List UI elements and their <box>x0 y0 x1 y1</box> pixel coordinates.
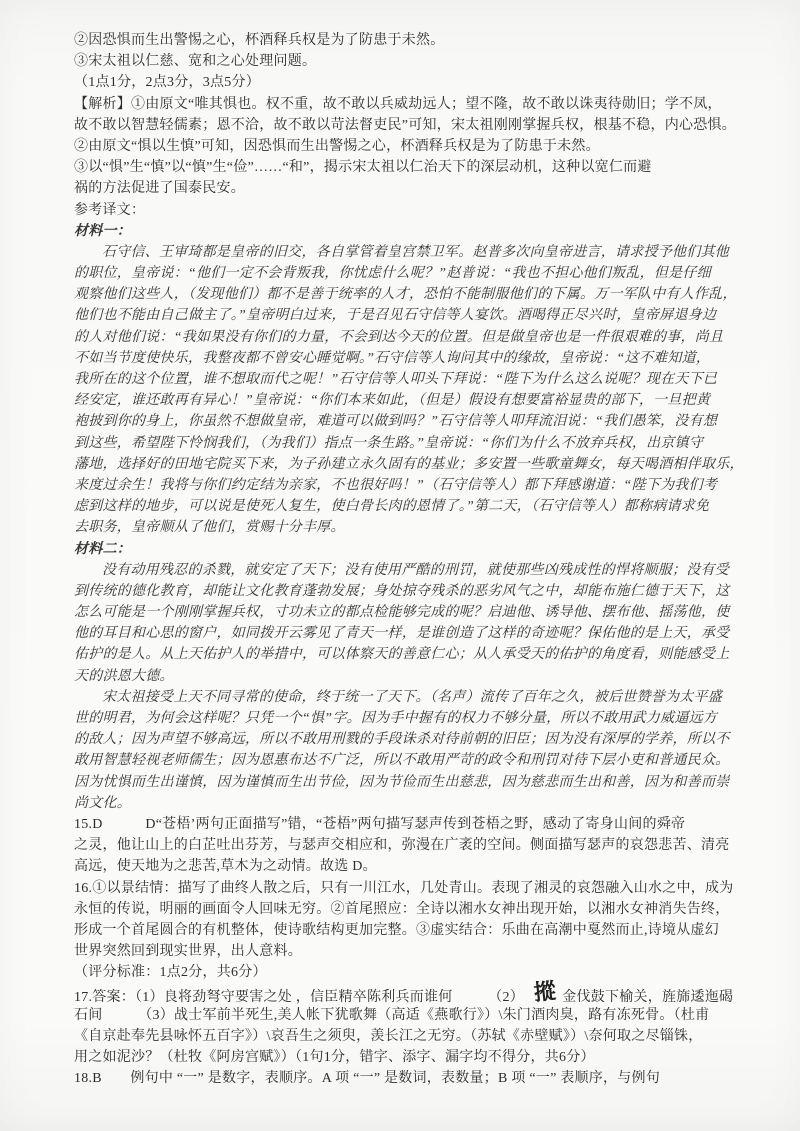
text-line: 材料二： <box>74 539 734 560</box>
text-line: 到这些，希望陛下怜悯我们，（为我们）指点一条生路。”皇帝说：“你们为什么不放弃兵… <box>74 433 734 454</box>
text-line: （1点1分，2点3分，3点5分） <box>74 72 734 93</box>
text-line: 世的明君，为何会这样呢？只凭一个“惧”字。因为手中握有的权力不够分量，所以不敢用… <box>74 708 734 729</box>
text-line: 的职位，皇帝说：“他们一定不会背叛我，你忧虑什么呢？”赵普说：“我也不担心他们叛… <box>74 263 734 284</box>
text-line: ②由原文“惧以生慎”可知，因恐惧而生出警惕之心，杯酒释兵权是为了防患于未然。 <box>74 136 734 157</box>
text-line: 用之如泥沙？（杜牧《阿房宫赋》）（1句1分，错字、添字、漏字均不得分，共6分） <box>74 1047 734 1068</box>
text-line: 因为忧惧而生出谨慎，因为谨慎而生出节俭，因为节俭而生出慈悲，因为慈悲而生出和善，… <box>74 772 734 793</box>
text-line: 不如当节度使快乐，我整夜都不曾安心睡觉啊。”石守信等人询问其中的缘故，皇帝说：“… <box>74 348 734 369</box>
text-line: 祸的方法促进了国泰民安。 <box>74 178 734 199</box>
handwritten-char: 摐 <box>533 980 557 1003</box>
text-line: 没有动用残忍的杀戮，就安定了天下；没有使用严酷的刑罚，就使那些凶残成性的悍将顺服… <box>74 560 734 581</box>
text-line: 之灵，他让山上的白芷吐出芬芳，与瑟声交相应和，弥漫在广袤的空间。侧面描写瑟声的哀… <box>74 835 734 856</box>
text-line: 《自京赴奉先县咏怀五百字》）\哀吾生之须臾，羡长江之无穷。（苏轼《赤壁赋》）\奈… <box>74 1026 734 1047</box>
text-line: 佑护的是人。从上天佑护人的举措中，可以体察天的善意仁心；从人承受天的佑护的角度看… <box>74 644 734 665</box>
text-line: 的敌人；因为声望不够高远，所以不敢用刑戮的手段诛杀对待前朝的旧臣；因为没有深厚的… <box>74 729 734 750</box>
text-line: 材料一： <box>74 221 734 242</box>
text-line: 15.D D“苍梧’两句正面描写”错，“苍梧”两句描写瑟声传到苍梧之野，感动了寄… <box>74 814 734 835</box>
text-line: 怎么可能是一个刚刚掌握兵权，寸功未立的都点检能够完成的呢？启迪他、诱导他、摆布他… <box>74 602 734 623</box>
text-line: 藩地，选择好的田地宅院买下来，为子孙建立永久固有的基业；多安置一些歌童舞女，每天… <box>74 454 734 475</box>
text-line: 的人对他们说：“我如果没有你们的力量，不会到达今天的位置。但是做皇帝也是一件很艰… <box>74 327 734 348</box>
text-line: 16.①以景结情：描写了曲终人散之后，只有一川江水，几处青山。表现了湘灵的哀怨融… <box>74 878 734 899</box>
text-line: 天的洪恩大德。 <box>74 666 734 687</box>
text-line: （评分标准：1点2分，共6分） <box>74 962 734 983</box>
text-line: 形成一个首尾圆合的有机整体，使诗歌结构更加完整。③虚实结合：乐曲在高潮中戛然而止… <box>74 920 734 941</box>
text-line: 观察他们这些人，（发现他们）都不是善于统率的人才，恐怕不能制服他们的下属。万一军… <box>74 284 734 305</box>
text-line: 世界突然回到现实世界，出人意料。 <box>74 941 734 962</box>
text-line: 参考译文： <box>74 200 734 221</box>
text-line: ③以“惧”生“慎”以“慎”生“俭”……“和”，揭示宋太祖以仁治天下的深层动机，这… <box>74 157 734 178</box>
text-line: 高远，使天地为之悲苦,草木为之动情。故选 D。 <box>74 856 734 877</box>
text-line: 石守信、王审琦都是皇帝的旧交，各自掌管着皇宫禁卫军。赵普多次向皇帝进言，请求授予… <box>74 242 734 263</box>
text-line: 去职务，皇帝顺从了他们，赏赐十分丰厚。 <box>74 517 734 538</box>
document-body: ②因恐惧而生出警惕之心，杯酒释兵权是为了防患于未然。③宋太祖以仁慈、宽和之心处理… <box>74 30 734 1089</box>
text-line: 敢用智慧轻视老师儒生；因为恩惠布达不广泛，所以不敢用严苛的政令和刑罚对待下层小吏… <box>74 750 734 771</box>
text-line: ②因恐惧而生出警惕之心，杯酒释兵权是为了防患于未然。 <box>74 30 734 51</box>
text-run: 17.答案：（1）良将劲弩守要害之处 ，信臣精卒陈利兵而谁何 （2） <box>74 990 524 1005</box>
text-line: 故不敢以智慧轻儒素；恩不洽，故不敢以苛法督吏民”可知，宋太祖刚刚掌握兵权，根基不… <box>74 115 734 136</box>
text-line: 经安定，谁还敢再有异心！”皇帝说：“你们本来如此，（但是）假设有想要富裕显贵的部… <box>74 390 734 411</box>
text-line: 石间 （3）战士军前半死生,美人帐下犹歌舞（高适《燕歌行》）\朱门酒肉臭，路有冻… <box>74 1005 734 1026</box>
text-line: 宋太祖接受上天不同寻常的使命，终于统一了天下。（名声）流传了百年之久，被后世赞誉… <box>74 687 734 708</box>
text-line: 他们也不能由自己做主了。”皇帝明白过来，于是召见石守信等人宴饮。酒喝得正尽兴时，… <box>74 305 734 326</box>
text-line: 17.答案：（1）良将劲弩守要害之处 ，信臣精卒陈利兵而谁何 （2）摐金伐鼓下榆… <box>74 983 734 1004</box>
text-line: 到传统的德化教育，却能让文化教育蓬勃发展；身处掠夺残杀的恶劣风气之中，却能布施仁… <box>74 581 734 602</box>
scanned-answer-page: ②因恐惧而生出警惕之心，杯酒释兵权是为了防患于未然。③宋太祖以仁慈、宽和之心处理… <box>0 0 800 1131</box>
text-line: 永恒的传说，明丽的画面令人回味无穷。②首尾照应：全诗以湘水女神出现开始，以湘水女… <box>74 899 734 920</box>
text-line: ③宋太祖以仁慈、宽和之心处理问题。 <box>74 51 734 72</box>
text-line: 他的耳目和心思的窗户，如同拨开云雾见了青天一样，是谁创造了这样的奇迹呢？保佑他的… <box>74 623 734 644</box>
text-line: 尚文化。 <box>74 793 734 814</box>
text-line: 18.B 例句中 “一” 是数字，表顺序。A 项 “一” 是数词，表数量；B 项… <box>74 1068 734 1089</box>
text-line: 袍披到你的身上，你虽然不想做皇帝，难道可以做到吗？”石守信等人叩拜流泪说：“我们… <box>74 411 734 432</box>
text-line: 我所在的这个位置，谁不想取而代之呢！”石守信等人叩头下拜说：“陛下为什么这么说呢… <box>74 369 734 390</box>
text-line: 【解析】①由原文“唯其惧也。权不重，故不敢以兵威劫远人；望不隆，故不敢以诛夷待勋… <box>74 94 734 115</box>
text-run: 金伐鼓下榆关，旌旆逶迤碣 <box>562 990 733 1005</box>
text-line: 来度过余生！我将与你们约定结为亲家，不也很好吗！”（石守信等人）都下拜感谢道：“… <box>74 475 734 496</box>
text-line: 虑到这样的地步，可以说是使死人复生，使白骨长肉的恩情了。”第二天，（石守信等人）… <box>74 496 734 517</box>
